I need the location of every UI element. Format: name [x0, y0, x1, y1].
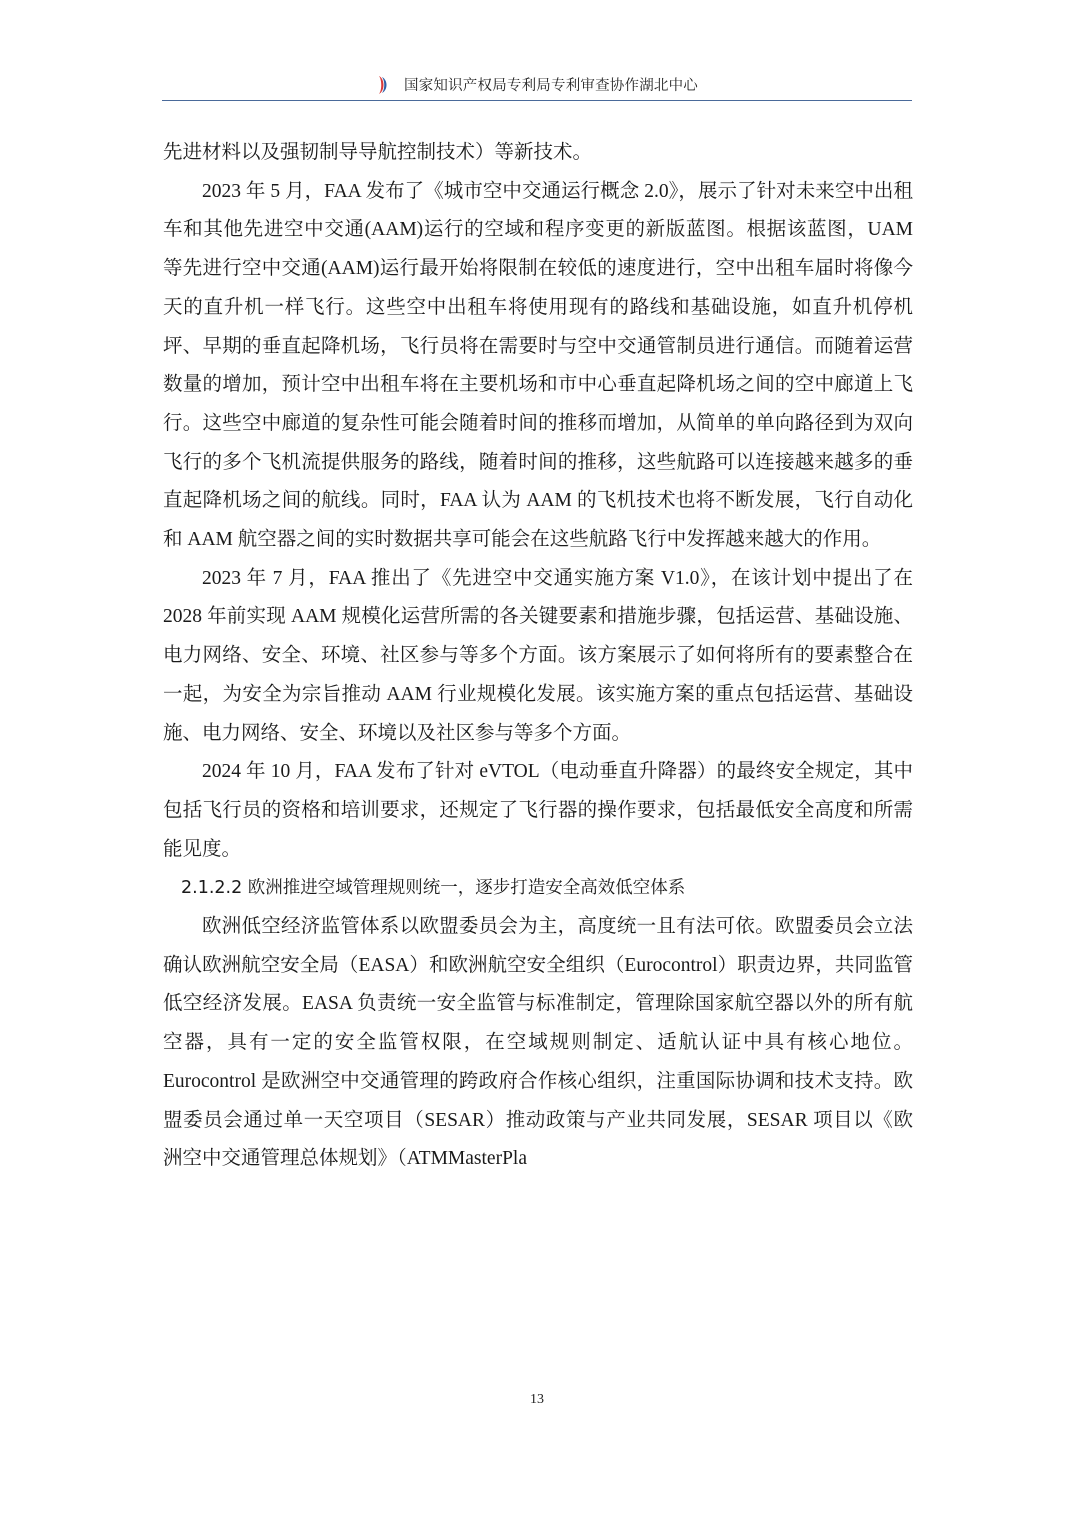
document-body: 先进材料以及强韧制导导航控制技术）等新技术。 2023 年 5 月，FAA 发布…: [163, 134, 913, 1179]
header-content: 国家知识产权局专利局专利审查协作湖北中心: [162, 74, 912, 95]
paragraph-europe-regulation: 欧洲低空经济监管体系以欧盟委员会为主，高度统一且有法可依。欧盟委员会立法确认欧洲…: [163, 908, 913, 1179]
institution-logo-icon: [376, 75, 390, 95]
paragraph-faa-2024-october: 2024 年 10 月，FAA 发布了针对 eVTOL（电动垂直升降器）的最终安…: [163, 753, 913, 869]
paragraph-continuation: 先进材料以及强韧制导导航控制技术）等新技术。: [163, 134, 913, 173]
page-number: 13: [0, 1392, 1074, 1408]
section-heading-2-1-2-2: 2.1.2.2 欧洲推进空域管理规则统一，逐步打造安全高效低空体系: [163, 869, 913, 908]
header-divider: [162, 100, 912, 101]
page-header: 国家知识产权局专利局专利审查协作湖北中心: [162, 74, 912, 102]
paragraph-faa-2023-july: 2023 年 7 月，FAA 推出了《先进空中交通实施方案 V1.0》，在该计划…: [163, 560, 913, 754]
header-title: 国家知识产权局专利局专利审查协作湖北中心: [404, 74, 698, 95]
paragraph-faa-2023-may: 2023 年 5 月，FAA 发布了《城市空中交通运行概念 2.0》，展示了针对…: [163, 173, 913, 560]
